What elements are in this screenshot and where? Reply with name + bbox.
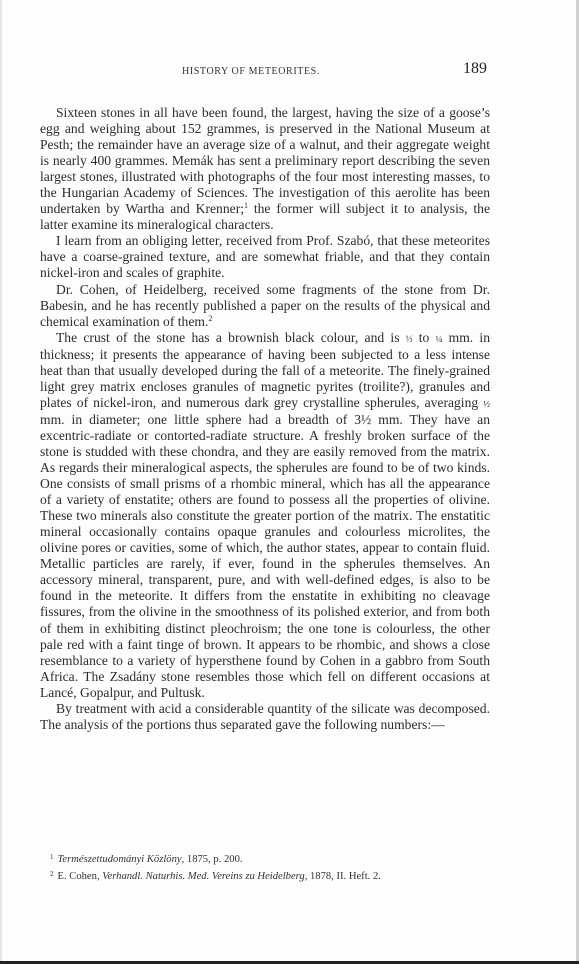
footnote-2: 2E. Cohen, Verhandl. Naturhis. Med. Vere… (50, 867, 510, 884)
paragraph-text: I learn from an obliging letter, receive… (40, 233, 490, 280)
footnotes: 1Természettudományi Közlöny, 1875, p. 20… (50, 850, 510, 884)
fraction: ⅓ (406, 334, 413, 344)
footnote-1: 1Természettudományi Közlöny, 1875, p. 20… (50, 850, 510, 867)
paragraph-text: Dr. Cohen, of Heidelberg, received some … (40, 282, 490, 329)
body-text: Sixteen stones in all have been found, t… (40, 105, 490, 733)
paragraph-5: By treatment with acid a considerable qu… (40, 701, 490, 733)
fraction: ½ (483, 399, 490, 409)
footnote-author: E. Cohen, (58, 871, 103, 882)
paragraph-2: I learn from an obliging letter, receive… (40, 233, 490, 281)
paragraph-text: By treatment with acid a considerable qu… (40, 701, 490, 732)
page-number: 189 (463, 60, 487, 78)
footnote-number: 2 (50, 870, 54, 878)
running-head: HISTORY OF METEORITES. (182, 66, 320, 77)
paragraph-text: mm. in diameter; one little sphere had a… (40, 412, 490, 700)
paragraph-text: to (413, 330, 436, 345)
paragraph-4: The crust of the stone has a brownish bl… (40, 330, 490, 701)
footnote-source-title: Természettudományi Közlöny (58, 854, 182, 865)
footnote-number: 1 (50, 853, 54, 861)
paragraph-1: Sixteen stones in all have been found, t… (40, 105, 490, 233)
footnote-citation: , 1875, p. 200. (182, 854, 243, 865)
paragraph-text: The crust of the stone has a brownish bl… (56, 330, 406, 345)
paragraph-text: Sixteen stones in all have been found, t… (40, 105, 490, 216)
page-edge-left (0, 0, 2, 964)
paragraph-3: Dr. Cohen, of Heidelberg, received some … (40, 282, 490, 330)
footnote-citation: , 1878, II. Heft. 2. (305, 871, 381, 882)
footnote-source-title: Verhandl. Naturhis. Med. Vereins zu Heid… (102, 871, 304, 882)
footnote-ref-2[interactable]: 2 (208, 314, 212, 323)
